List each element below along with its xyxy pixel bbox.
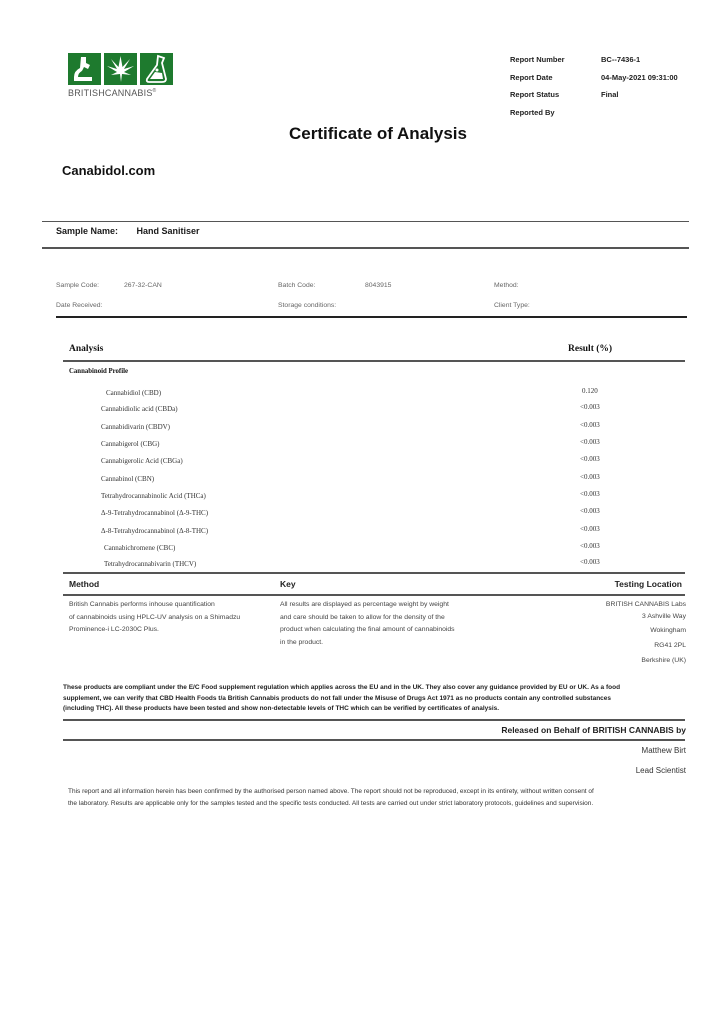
testing-location-line: RG41 2PL xyxy=(654,642,686,649)
report-status-label: Report Status xyxy=(510,90,601,99)
report-number-value: BC--7436-1 xyxy=(601,55,640,64)
compound-name: Δ-9-Tetrahydrocannabinol (Δ-9-THC) xyxy=(101,509,208,517)
compound-result: <0.003 xyxy=(580,421,600,429)
compliance-line: These products are compliant under the E… xyxy=(63,683,693,694)
divider xyxy=(63,594,685,596)
signatory-role: Lead Scientist xyxy=(636,766,686,775)
compound-name: Tetrahydrocannabivarin (THCV) xyxy=(104,560,196,568)
testing-location-line: Berkshire (UK) xyxy=(641,657,686,664)
sample-code-value: 267-32-CAN xyxy=(124,282,162,289)
key-header: Key xyxy=(280,579,296,589)
cannabinoid-profile-title: Cannabinoid Profile xyxy=(69,368,128,375)
client-name: Canabidol.com xyxy=(62,163,155,178)
method-line: British Cannabis performs inhouse quanti… xyxy=(69,599,240,612)
logo-wordmark: BRITISHCANNABIS® xyxy=(68,88,178,98)
key-line: and care should be taken to allow for th… xyxy=(280,612,455,625)
compound-result: 0.120 xyxy=(582,387,598,395)
testing-location-line: 3 Ashville Way xyxy=(642,613,686,620)
method-line: Prominence-i LC-2030C Plus. xyxy=(69,624,240,637)
report-status-value: Final xyxy=(601,90,619,99)
divider xyxy=(63,719,685,721)
key-line: in the product. xyxy=(280,637,455,650)
compound-result: <0.003 xyxy=(580,558,600,566)
compound-result: <0.003 xyxy=(580,507,600,515)
divider xyxy=(63,739,685,741)
cannabis-leaf-icon xyxy=(104,53,137,85)
batch-code-label: Batch Code: xyxy=(278,282,315,289)
compound-name: Tetrahydrocannabinolic Acid (THCa) xyxy=(101,492,206,500)
report-meta: Report Number BC--7436-1 Report Date 04-… xyxy=(510,55,678,125)
client-type-label: Client Type: xyxy=(494,302,530,309)
british-cannabis-logo: BRITISHCANNABIS® xyxy=(68,53,178,103)
report-date-value: 04-May-2021 09:31:00 xyxy=(601,73,678,82)
compound-name: Δ-8-Tetrahydrocannabinol (Δ-8-THC) xyxy=(101,527,208,535)
report-number-label: Report Number xyxy=(510,55,601,64)
microscope-icon xyxy=(68,53,101,85)
sample-name: Sample Name: Hand Sanitiser xyxy=(56,226,200,236)
compound-result: <0.003 xyxy=(580,403,600,411)
compound-result: <0.003 xyxy=(580,438,600,446)
testing-location-line: Wokingham xyxy=(650,627,686,634)
key-line: All results are displayed as percentage … xyxy=(280,599,455,612)
released-by-title: Released on Behalf of BRITISH CANNABIS b… xyxy=(501,725,686,735)
signatory-name: Matthew Birt xyxy=(642,746,686,755)
compound-name: Cannabichromene (CBC) xyxy=(104,544,175,552)
reported-by-label: Reported By xyxy=(510,108,601,117)
disclaimer: This report and all information herein h… xyxy=(68,786,698,810)
analysis-header: Analysis xyxy=(69,344,103,354)
sample-name-value: Hand Sanitiser xyxy=(137,226,200,236)
divider xyxy=(63,360,685,362)
method-description: British Cannabis performs inhouse quanti… xyxy=(69,599,240,637)
key-description: All results are displayed as percentage … xyxy=(280,599,455,649)
storage-conditions-label: Storage conditions: xyxy=(278,302,336,309)
report-date-row: Report Date 04-May-2021 09:31:00 xyxy=(510,73,678,91)
compound-result: <0.003 xyxy=(580,525,600,533)
compliance-line: supplement, we can verify that CBD Healt… xyxy=(63,694,693,705)
key-line: product when calculating the final amoun… xyxy=(280,624,455,637)
sample-name-label: Sample Name: xyxy=(56,226,118,236)
page-title: Certificate of Analysis xyxy=(0,124,724,144)
method-line: of cannabinoids using HPLC-UV analysis o… xyxy=(69,612,240,625)
divider xyxy=(56,316,687,318)
report-date-label: Report Date xyxy=(510,73,601,82)
compound-result: <0.003 xyxy=(580,473,600,481)
compound-result: <0.003 xyxy=(580,455,600,463)
compliance-statement: These products are compliant under the E… xyxy=(63,683,693,715)
method-label: Method: xyxy=(494,282,519,289)
compound-name: Cannabidiolic acid (CBDa) xyxy=(101,405,178,413)
flask-icon xyxy=(140,53,173,85)
compliance-line: (including THC). All these products have… xyxy=(63,704,693,715)
batch-code-value: 8043915 xyxy=(365,282,391,289)
compound-result: <0.003 xyxy=(580,542,600,550)
sample-code-label: Sample Code: xyxy=(56,282,99,289)
testing-location-header: Testing Location xyxy=(615,579,682,589)
report-status-row: Report Status Final xyxy=(510,90,678,108)
divider xyxy=(42,221,689,222)
method-header: Method xyxy=(69,579,99,589)
reported-by-row: Reported By xyxy=(510,108,678,126)
testing-location-line: BRITISH CANNABIS Labs xyxy=(606,601,686,608)
report-number-row: Report Number BC--7436-1 xyxy=(510,55,678,73)
divider xyxy=(42,247,689,249)
compound-name: Cannabinol (CBN) xyxy=(101,475,154,483)
compound-name: Cannabigerol (CBG) xyxy=(101,440,160,448)
compound-name: Cannabidivarin (CBDV) xyxy=(101,423,170,431)
date-received-label: Date Received: xyxy=(56,302,102,309)
compound-name: Cannabidiol (CBD) xyxy=(106,389,161,397)
compound-name: Cannabigerolic Acid (CBGa) xyxy=(101,457,183,465)
compound-result: <0.003 xyxy=(580,490,600,498)
divider xyxy=(63,572,685,574)
disclaimer-line: the laboratory. Results are applicable o… xyxy=(68,798,698,810)
result-header: Result (%) xyxy=(568,344,612,354)
disclaimer-line: This report and all information herein h… xyxy=(68,786,698,798)
